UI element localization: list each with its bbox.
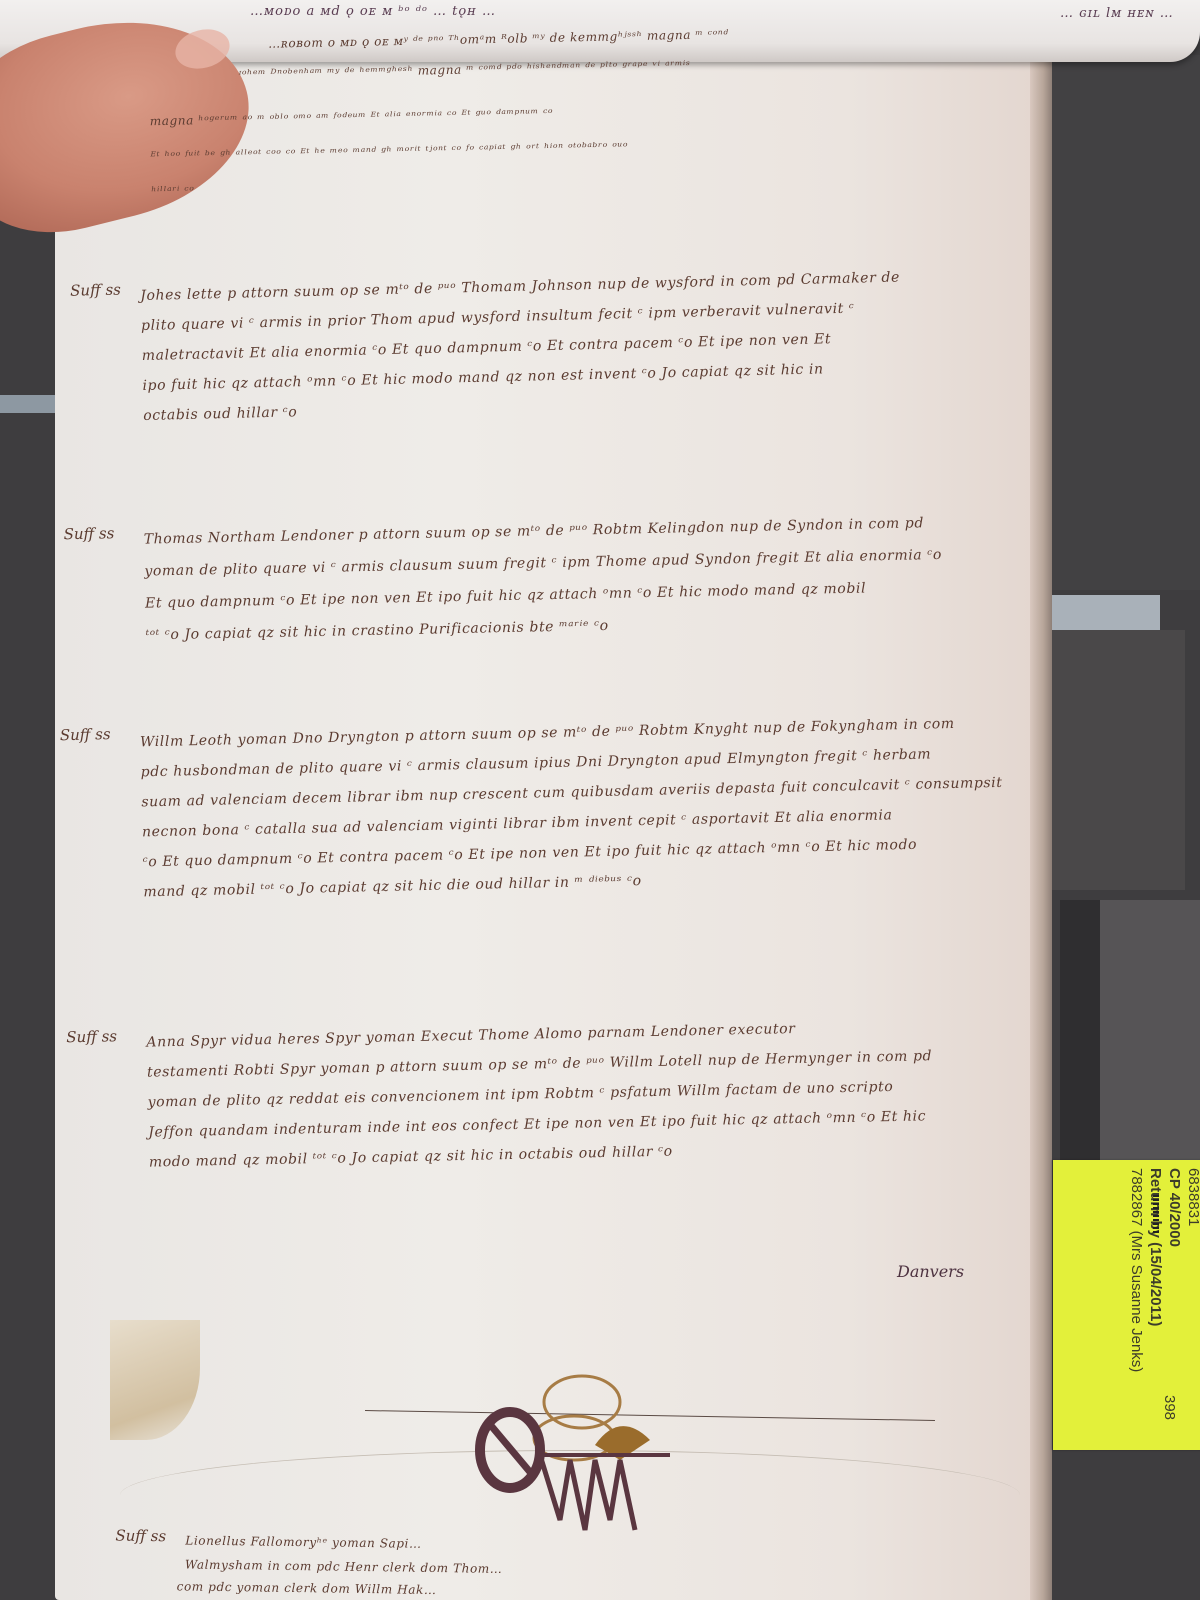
slip-reader: 7882867 (Mrs Susanne Jenks) [1127, 1168, 1146, 1372]
plea-entry-5: Suff ss Anna Spyr vidua heres Spyr yoman… [66, 1008, 1050, 1218]
entry-line: mand qz mobil ᵗᵒᵗ ᶜo Jo capiat qz sit hi… [143, 873, 642, 900]
entry-line: yoman de plito quare vi ᶜ armis clausum … [144, 547, 942, 580]
slip-text-block: 6838831 CP 40/2000 Return by (15/04/2011… [1127, 1168, 1200, 1372]
slip-page-number: 398 [1161, 1395, 1178, 1420]
entry-line: modo mand qz mobil ᵗᵒᵗ ᶜo Jo capiat qz s… [149, 1144, 673, 1171]
background-slab-top-right [1045, 55, 1200, 590]
entry-line: testamenti Robti Spyr yoman p attorn suu… [147, 1048, 932, 1080]
entry-line: Jeffon quandam indenturam inde int eos c… [148, 1108, 926, 1140]
entry-line: necnon bona ᶜ catalla sua ad valenciam v… [142, 807, 893, 840]
entry-line: Walmysham in com pdc Henr clerk dom Thom… [185, 1557, 503, 1575]
entry-line: plito quare vi ᶜ armis in prior Thom apu… [141, 301, 855, 334]
entry-line: ipo fuit hic qz attach ᵒmn ᶜo Et hic mod… [142, 361, 824, 394]
slip-item-number: 6838831 [1184, 1168, 1200, 1372]
margin-county-label: Suff ss [66, 1027, 117, 1046]
plea-entry-6: Suff ss Lionellus Fallomoryʰᵉ yoman Sapi… [115, 1527, 616, 1600]
rolled-membrane-text: …ᴍᴏᴅᴏ a ᴍd ǫ ᴏᴇ ᴍ ᵇᵒ ᵈᵒ … tǫʜ … [250, 4, 496, 19]
clerk-signature: Danvers [897, 1262, 964, 1281]
slip-reference: CP 40/2000 [1165, 1168, 1184, 1372]
decorated-initial-icon [470, 1360, 690, 1560]
margin-county-label: Suff ss [60, 725, 111, 744]
background-gap-bar-right [1045, 595, 1160, 630]
entry-line: ᵗᵒᵗ ᶜo Jo capiat qz sit hic in crastino … [146, 618, 609, 644]
plea-entry-1: …ʀoʙom o ᴍᴅ ǫ ᴏᴇ ᴍʸ ᵈᵉ ᵖⁿᵒ ᵀʰomᵃm ᴿolb ᵐ… [148, 21, 1032, 229]
entry-line: yoman de plito qz reddat eis convencione… [148, 1079, 894, 1111]
entry-line: ʰⁱˡˡᵃʳⁱ ᶜᵒ [151, 183, 194, 198]
entry-line: ᶜo Et quo dampnum ᶜo Et contra pacem ᶜo … [143, 837, 918, 871]
barcode-icon [1153, 1195, 1159, 1235]
plea-entry-4: Suff ss Willm Leoth yoman Dno Dryngton p… [60, 704, 1050, 946]
entry-line: ᶦᵒʰᵉᵐ ᴰⁿᵒᵇᵉⁿʰᵃᵐ ᵐʸ ᵈᵉ ʰᵉᵐᵐᵍʰᵉˢʰ magna ᵐ … [239, 58, 691, 81]
background-slab-mid-right [1045, 630, 1185, 890]
entry-line: ᴱᵗ ʰᵒᵒ ᶠᵘⁱᵗ ᵇᵉ ᵍʰ ᵃˡˡᵉᵒᵗ ᶜᵒᵒ ᶜᵒ ᴱᵗ ʰᵉ ᵐᵉ… [150, 139, 628, 163]
entry-line: pdc husbondman de plito quare vi ᶜ armis… [141, 746, 932, 780]
entry-line: Willm Leoth yoman Dno Dryngton p attorn … [140, 716, 955, 750]
entry-line: Anna Spyr vidua heres Spyr yoman Execut … [146, 1021, 795, 1051]
entry-line: octabis oud hillar ᶜo [143, 404, 297, 424]
background-gap-bar-left [0, 395, 55, 413]
entry-line: maletractavit Et alia enormia ᶜo Et quo … [142, 331, 832, 364]
plea-entry-3: Suff ss Thomas Northam Lendoner p attorn… [63, 505, 1046, 685]
rolled-membrane-text-right: … ɢɪʟ lᴍ ʜᴇɴ … [1060, 6, 1174, 21]
entry-line: suam ad valenciam decem librar ibm nup c… [141, 775, 1002, 811]
margin-county-label: Suff ss [70, 281, 121, 300]
plea-entry-2: Suff ss Johes lette p attorn suum op se … [70, 258, 1034, 461]
entry-line: Lionellus Fallomoryʰᵉ yoman Sapi… [185, 1533, 422, 1550]
margin-county-label: Suff ss [63, 524, 114, 543]
entry-line: Et quo dampnum ᶜo Et ipe non ven Et ipo … [145, 580, 866, 611]
entry-line: com pdc yoman clerk dom Willm Hak… [177, 1579, 437, 1597]
entry-line: magna ʰᵒᵍᵉʳᵘᵐ ᵃᵒ ᵐ ᵒᵇˡᵒ ᵒᵐᵒ ᵃᵐ ᶠᵒᵈᵉᵘᵐ ᴱᵗ… [150, 106, 554, 128]
background-slab-lower-right [1100, 900, 1200, 1170]
margin-county-label: Suff ss [115, 1527, 166, 1546]
